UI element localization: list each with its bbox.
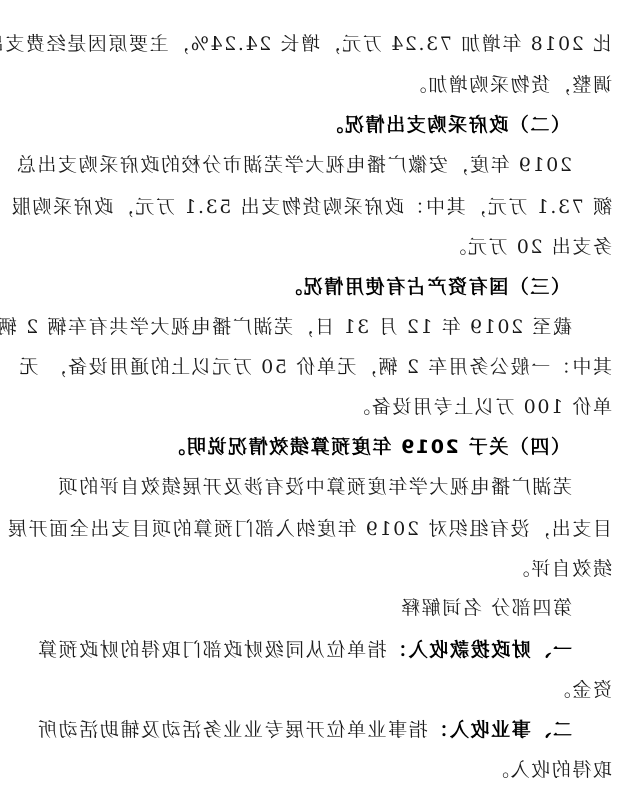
paragraph-line: 2019 年度，安徽广播电视大学芜湖市分校的政府采购支出总	[15, 153, 572, 177]
part-title-glossary: 第四部分 名词解释	[400, 596, 572, 620]
paragraph-line: 目支出，没有组织对 2019 年度纳入部门预算的项目支出全面开展	[6, 517, 612, 541]
glossary-definition-continuation: 取得的收入。	[488, 758, 612, 782]
section-heading-state-assets: （三）国有资产占有使用情况。	[282, 275, 570, 299]
paragraph-line: 务支出 20 万元。	[446, 235, 612, 259]
glossary-term: 二、事业收入：	[428, 719, 572, 741]
paragraph-line: 调整，货物采购增加。	[406, 73, 612, 97]
paragraph-line: 额 73.1 万元，其中：政府采购货物支出 53.1 万元，政府采购服	[10, 195, 612, 219]
glossary-definition-continuation: 资金。	[550, 678, 612, 702]
glossary-definition: 指单位从同级财政部门取得的财政预算	[36, 639, 386, 661]
glossary-term-row: 二、事业收入：指事业单位开展专业业务活动及辅助活动所	[36, 718, 572, 742]
section-heading-budget-performance: （四）关于 2019 年度预算绩效情况说明。	[165, 435, 570, 459]
paragraph-line: 比 2018 年增加 73.24 万元，增长 24.24%，主要原因是经费支出	[0, 32, 612, 56]
glossary-term: 一、财政拨款收入：	[387, 639, 572, 661]
glossary-term-row: 一、财政拨款收入：指单位从同级财政部门取得的财政预算	[36, 638, 572, 662]
paragraph-line: 单价 100 万以上专用设备。	[350, 395, 612, 419]
glossary-definition: 指事业单位开展专业业务活动及辅助活动所	[36, 719, 427, 741]
paragraph-line: 绩效自评。	[509, 557, 612, 581]
paragraph-line: 其中：一般公务用车 2 辆，无单价 50 万元以上的通用设备， 无	[18, 355, 612, 379]
paragraph-line: 芜湖广播电视大学年度预算中没有涉及开展绩效自评的项	[57, 475, 572, 499]
mirrored-document-page: 比 2018 年增加 73.24 万元，增长 24.24%，主要原因是经费支出 …	[0, 0, 620, 797]
paragraph-line: 截至 2019 年 12 月 31 日，芜湖广播电视大学共有车辆 2 辆，	[0, 315, 572, 339]
section-heading-government-procurement: （二）政府采购支出情况。	[323, 113, 570, 137]
